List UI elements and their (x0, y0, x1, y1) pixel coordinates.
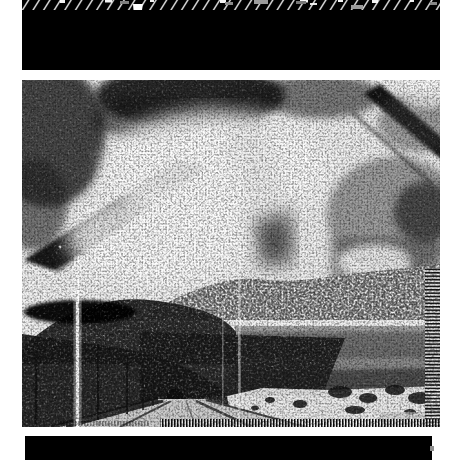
bottom-bar-notch (430, 446, 434, 451)
gray-chip (225, 2, 233, 5)
white-grain (22, 80, 440, 427)
top-bar-solid (22, 10, 440, 70)
gray-chip (430, 2, 437, 5)
gray-chip (296, 1, 306, 4)
halftone-texture (22, 80, 440, 427)
nibble (150, 0, 154, 2)
gray-chip (120, 1, 129, 4)
nibble (60, 0, 65, 3)
glitch-landscape-artwork (0, 0, 464, 464)
nibble (372, 0, 378, 3)
white-dash (310, 3, 317, 5)
gray-chip (351, 5, 363, 9)
halftone-photo-panel (0, 63, 463, 428)
nibble (410, 0, 414, 2)
top-banner-bar (22, 0, 440, 70)
bottom-banner-bar (25, 436, 434, 460)
bottom-bar-solid (25, 436, 432, 460)
nibble (338, 0, 343, 2)
gray-chip (254, 0, 268, 4)
album-art-canvas (0, 0, 464, 464)
nibble (105, 0, 112, 3)
